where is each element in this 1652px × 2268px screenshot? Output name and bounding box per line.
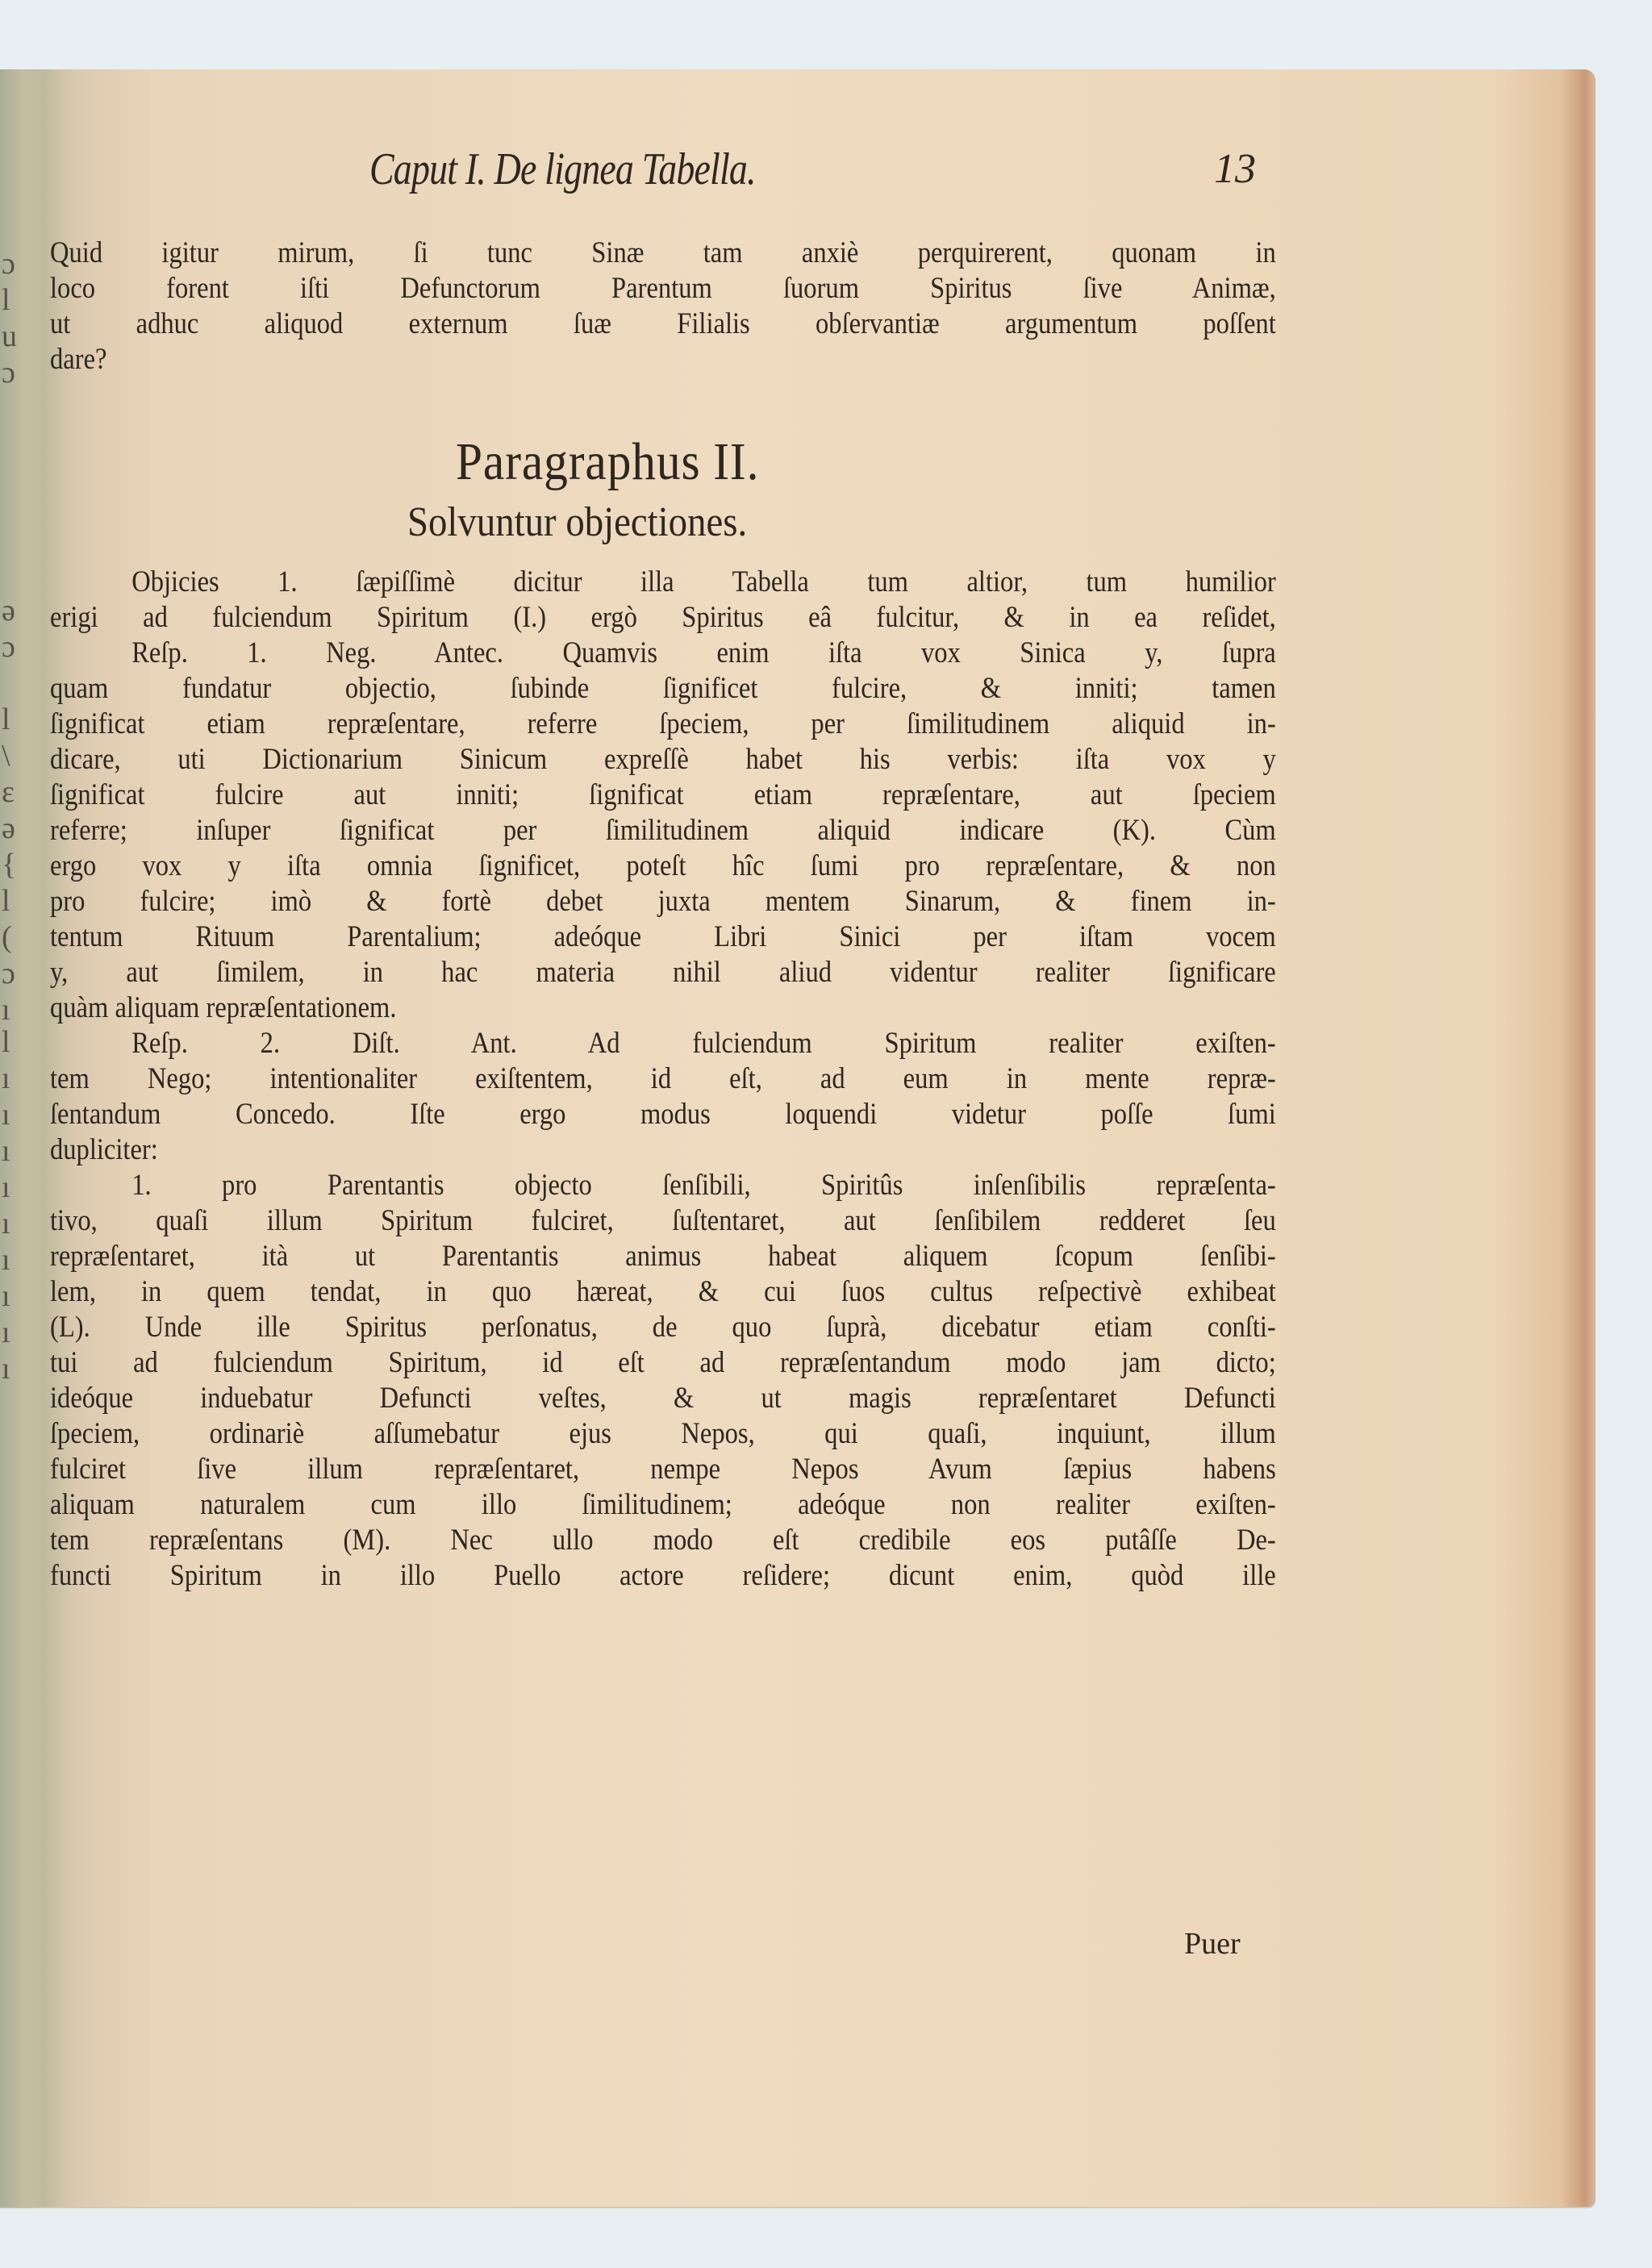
text-line: functi Spiritum in illo Puello actore re…	[50, 1558, 1276, 1594]
margin-fragment: ɔ	[2, 956, 26, 991]
text-line: y, aut ſimilem, in hac materia nihil ali…	[50, 955, 1276, 990]
text-line: (L). Unde ille Spiritus perſonatus, de q…	[50, 1310, 1276, 1345]
text-line: Reſp. 1. Neg. Antec. Quamvis enim iſta v…	[50, 636, 1276, 671]
text-line: tem repræſentans (M). Nec ullo modo eſt …	[50, 1523, 1276, 1558]
margin-fragment: l	[2, 282, 26, 318]
running-head-title: Caput I. De lignea Tabella.	[369, 144, 756, 195]
section-heading: Paragraphus II.	[456, 432, 759, 493]
text-line: ſpeciem, ordinariè aſſumebatur ejus Nepo…	[50, 1416, 1276, 1452]
margin-fragment: ə	[2, 593, 26, 628]
text-line: ideóque induebatur Defuncti veſtes, & ut…	[50, 1381, 1276, 1416]
margin-fragment: ə	[2, 811, 26, 846]
text-line: ſentandum Concedo. Iſte ergo modus loque…	[50, 1097, 1276, 1132]
margin-fragment: ı	[2, 1315, 26, 1350]
margin-fragment: ı	[2, 1278, 26, 1314]
catchword: Puer	[1184, 1926, 1241, 1962]
page-number: 13	[1214, 145, 1256, 193]
text-line: fulciret ſive illum repræſentaret, nempe…	[50, 1452, 1276, 1487]
margin-fragment: \	[2, 738, 26, 773]
margin-fragment: ɔ	[2, 246, 26, 281]
text-line: repræſentaret, ità ut Parentantis animus…	[50, 1239, 1276, 1274]
margin-fragment: ı	[2, 1206, 26, 1241]
text-line: tui ad fulciendum Spiritum, id eſt ad re…	[50, 1345, 1276, 1381]
margin-fragment: (	[2, 919, 26, 955]
margin-fragment: ɔ	[2, 355, 26, 390]
margin-fragment: ı	[2, 1133, 26, 1169]
text-line: Objicies 1. ſæpiſſimè dicitur illa Tabel…	[50, 565, 1276, 600]
margin-fragment: ı	[2, 1169, 26, 1205]
text-line: 1. pro Parentantis objecto ſenſibili, Sp…	[50, 1168, 1276, 1203]
text-line: tentum Rituum Parentalium; adeóque Libri…	[50, 919, 1276, 955]
margin-fragment: ı	[2, 1351, 26, 1386]
section-subheading: Solvuntur objectiones.	[407, 498, 747, 546]
text-line: dupliciter:	[50, 1132, 1276, 1168]
text-line: ut adhuc aliquod externum ſuæ Filialis o…	[50, 306, 1276, 342]
margin-fragment: ɔ	[2, 629, 26, 665]
margin-fragment: l	[2, 702, 26, 737]
margin-fragment: {	[2, 847, 26, 882]
text-line: ſignificat fulcire aut inniti; ſignifica…	[50, 778, 1276, 813]
text-block-objections: Objicies 1. ſæpiſſimè dicitur illa Tabel…	[50, 565, 1276, 1594]
text-line: Reſp. 2. Diſt. Ant. Ad fulciendum Spirit…	[50, 1026, 1276, 1061]
text-line: Quid igitur mirum, ſi tunc Sinæ tam anxi…	[50, 236, 1276, 271]
margin-fragment: ı	[2, 1061, 26, 1096]
text-line: tem Nego; intentionaliter exiſtentem, id…	[50, 1061, 1276, 1097]
margin-fragment: ı	[2, 1242, 26, 1278]
margin-fragment: ɛ	[2, 774, 26, 810]
text-line: referre; inſuper ſignificat per ſimilitu…	[50, 813, 1276, 848]
text-line: aliquam naturalem cum illo ſimilitudinem…	[50, 1487, 1276, 1523]
text-line: erigi ad fulciendum Spiritum (I.) ergò S…	[50, 600, 1276, 636]
margin-fragment: l	[2, 883, 26, 919]
text-line: ſignificat etiam repræſentare, referre ſ…	[50, 707, 1276, 742]
text-line: ergo vox y iſta omnia ſignificet, poteſt…	[50, 848, 1276, 884]
margin-fragment: l	[2, 1024, 26, 1060]
text-line: lem, in quem tendat, in quo hæreat, & cu…	[50, 1274, 1276, 1310]
margin-fragment: u	[2, 319, 26, 354]
text-line: loco forent iſti Defunctorum Parentum ſu…	[50, 271, 1276, 306]
margin-fragment: ı	[2, 992, 26, 1028]
text-block-opening: Quid igitur mirum, ſi tunc Sinæ tam anxi…	[50, 236, 1276, 377]
text-line: quàm aliquam repræſentationem.	[50, 990, 1276, 1026]
text-line: dare?	[50, 342, 1276, 377]
text-line: quam fundatur objectio, ſubinde ſignific…	[50, 671, 1276, 707]
text-line: dicare, uti Dictionarium Sinicum expreſſ…	[50, 742, 1276, 778]
text-line: tivo, quaſi illum Spiritum fulciret, ſuſ…	[50, 1203, 1276, 1239]
margin-fragment: ı	[2, 1097, 26, 1132]
text-line: pro fulcire; imò & fortè debet juxta men…	[50, 884, 1276, 919]
